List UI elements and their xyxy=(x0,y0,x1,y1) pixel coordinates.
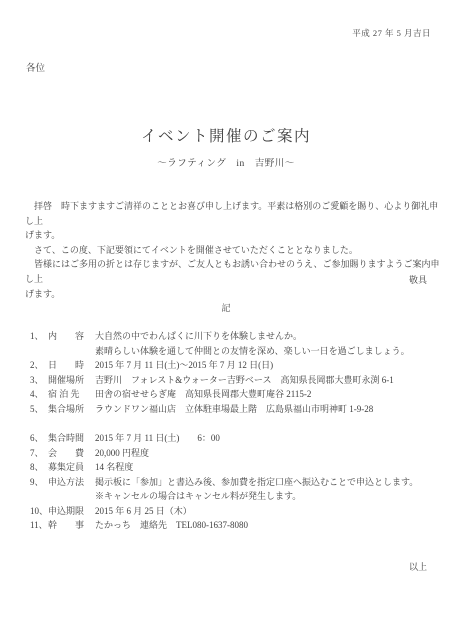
footer-ijou: 以上 xyxy=(409,560,427,573)
document-page: 平成 27 年 5 月吉日 各位 イベント開催のご案内 ～ラフティング in 吉… xyxy=(0,0,452,640)
item-row-naiyou: 1、内 容大自然の中でわんぱくに川下りを体験しませんか。 xyxy=(30,329,446,344)
item-row-shukuhaku: 4、宿 泊 先田舎の宿せせらぎ庵 高知県長岡郡大豊町庵谷 2115-2 xyxy=(30,387,446,402)
item-value: 2015 年 7 月 11 日(土)～2015 年 7 月 12 日(日) xyxy=(95,360,273,370)
item-row-moushikomi-houhou: 9、申込方法掲示板に「参加」と書込み後、参加費を指定口座へ振込むことで申込としま… xyxy=(30,475,446,490)
item-label: 会 費 xyxy=(48,446,89,461)
item-label: 申込方法 xyxy=(48,475,89,490)
item-value: 吉野川 フォレスト&ウォーター吉野ベース 高知県長岡郡大豊町永渕 6-1 xyxy=(95,375,394,385)
item-row-moushikomi-houhou-note: ※キャンセルの場合はキャンセル料が発生します。 xyxy=(30,489,446,504)
item-label: 内 容 xyxy=(48,329,89,344)
item-number: 1、 xyxy=(30,329,48,344)
item-row-naiyou-cont: 素晴らしい体験を通して仲間との友情を深め、楽しい一日を過ごしましょう。 xyxy=(30,344,446,359)
item-row-boshuu-teiin: 8、募集定員14 名程度 xyxy=(30,460,446,475)
item-number: 5、 xyxy=(30,402,48,417)
item-number: 7、 xyxy=(30,446,48,461)
item-value: ラウンドワン福山店 立体駐車場最上階 広島県福山市明神町 1-9-28 xyxy=(95,404,373,414)
item-value-note: ※キャンセルの場合はキャンセル料が発生します。 xyxy=(95,491,301,501)
item-value: 2015 年 7 月 11 日(土) 6：00 xyxy=(95,433,220,443)
item-number: 4、 xyxy=(30,387,48,402)
item-number: 6、 xyxy=(30,431,48,446)
item-label: 集合場所 xyxy=(48,402,89,417)
item-row-shuugou-basho: 5、集合場所ラウンドワン福山店 立体駐車場最上階 広島県福山市明神町 1-9-2… xyxy=(30,402,446,417)
greeting-line: 拝啓 時下ますますご清祥のこととお喜び申し上げます。平素は格別のご愛顧を賜り、心… xyxy=(25,199,440,228)
item-value: 掲示板に「参加」と書込み後、参加費を指定口座へ振込むことで申込とします。 xyxy=(95,477,418,487)
greeting-line: げます。 xyxy=(25,228,440,243)
greeting-line: げます。 xyxy=(25,287,440,302)
item-value-cont: 素晴らしい体験を通して仲間との友情を深め、楽しい一日を過ごしましょう。 xyxy=(95,346,410,356)
item-number: 2、 xyxy=(30,358,48,373)
item-row-nichiji: 2、日 時2015 年 7 月 11 日(土)～2015 年 7 月 12 日(… xyxy=(30,358,446,373)
item-number: 11、 xyxy=(30,518,48,533)
addressee: 各位 xyxy=(26,60,45,74)
item-value: 14 名程度 xyxy=(95,462,133,472)
item-row-shuugou-jikan: 6、集合時間2015 年 7 月 11 日(土) 6：00 xyxy=(30,431,446,446)
greeting-line: 皆様にはご多用の折とは存じますが、ご友人ともお誘い合わせのうえ、ご参加賜りますよ… xyxy=(25,257,440,286)
item-row-moushikomi-kigen: 10、申込期限2015 年 6 月 25 日（木） xyxy=(30,504,446,519)
greeting-line: さて、この度、下記要領にてイベントを開催させていただくこととなりました。 xyxy=(25,243,440,258)
item-row-kaisai-basho: 3、開催場所吉野川 フォレスト&ウォーター吉野ベース 高知県長岡郡大豊町永渕 6… xyxy=(30,373,446,388)
item-row-kanji: 11、幹 事たかっち 連絡先 TEL080-1637-8080 xyxy=(30,518,446,533)
document-title: イベント開催のご案内 xyxy=(0,124,452,146)
greeting-paragraphs: 拝啓 時下ますますご清祥のこととお喜び申し上げます。平素は格別のご愛顧を賜り、心… xyxy=(25,199,440,301)
record-heading: 記 xyxy=(0,301,452,314)
item-value: たかっち 連絡先 TEL080-1637-8080 xyxy=(95,520,248,530)
item-label: 申込期限 xyxy=(48,504,89,519)
item-value: 田舎の宿せせらぎ庵 高知県長岡郡大豊町庵谷 2115-2 xyxy=(95,389,311,399)
item-label: 宿 泊 先 xyxy=(48,387,89,402)
document-date: 平成 27 年 5 月吉日 xyxy=(352,27,431,39)
item-row-kaihi: 7、会 費20,000 円程度 xyxy=(30,446,446,461)
closing-keigu: 敬具 xyxy=(409,273,427,286)
item-number: 9、 xyxy=(30,475,48,490)
item-value: 大自然の中でわんぱくに川下りを体験しませんか。 xyxy=(95,331,302,341)
item-number: 8、 xyxy=(30,460,48,475)
item-value: 20,000 円程度 xyxy=(95,448,149,458)
item-label: 日 時 xyxy=(48,358,89,373)
item-number: 10、 xyxy=(30,504,48,519)
item-label: 集合時間 xyxy=(48,431,89,446)
item-number: 3、 xyxy=(30,373,48,388)
item-value: 2015 年 6 月 25 日（木） xyxy=(95,506,192,516)
item-label: 開催場所 xyxy=(48,373,89,388)
item-label: 募集定員 xyxy=(48,460,89,475)
item-label: 幹 事 xyxy=(48,518,89,533)
document-subtitle: ～ラフティング in 吉野川～ xyxy=(0,155,452,169)
detail-items-list: 1、内 容大自然の中でわんぱくに川下りを体験しませんか。 素晴らしい体験を通して… xyxy=(30,329,446,533)
